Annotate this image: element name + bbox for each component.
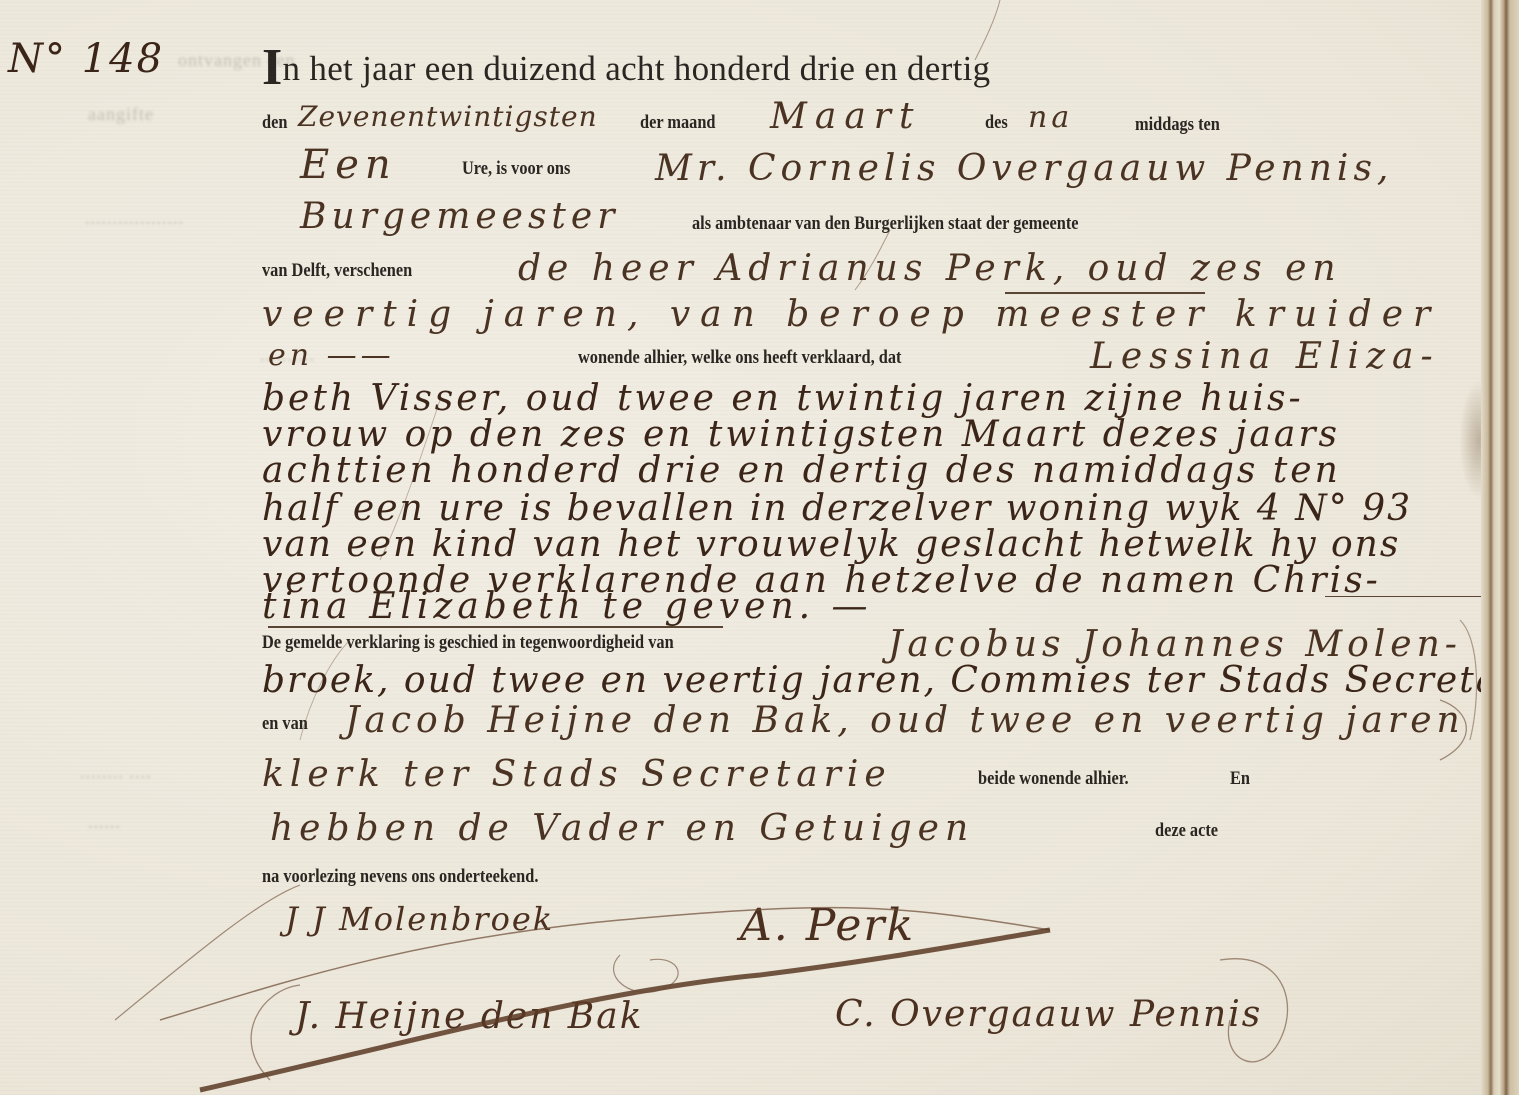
- printed-text: De gemelde verklaring is geschied in teg…: [262, 632, 674, 654]
- handwritten-body-line: beth Visser, oud twee en twintig jaren z…: [262, 378, 1304, 419]
- printed-heading: In het jaar een duizend acht honderd dri…: [262, 38, 990, 97]
- underline: [268, 626, 723, 628]
- printed-text: wonende alhier, welke ons heeft verklaar…: [578, 347, 901, 369]
- printed-text: beide wonende alhier.: [978, 768, 1129, 790]
- handwritten-month: Maart: [770, 96, 921, 137]
- printed-text: als ambtenaar van den Burgerlijken staat…: [692, 213, 1079, 235]
- handwritten-body-line: vrouw op den zes en twintigsten Maart de…: [262, 414, 1340, 455]
- act-number: N° 148: [8, 36, 164, 82]
- bleed-through-text: ......: [88, 812, 121, 833]
- handwritten-body-line: half een ure is bevallen in derzelver wo…: [262, 488, 1412, 529]
- printed-text: van Delft, verschenen: [262, 260, 412, 282]
- printed-text: middags ten: [1135, 114, 1220, 136]
- printed-text: deze acte: [1155, 820, 1218, 842]
- printed-text: der maand: [640, 112, 716, 134]
- handwritten-occupation: veertig jaren, van beroep meester kruide…: [262, 294, 1440, 335]
- printed-text: En: [1230, 768, 1250, 790]
- handwritten-mother: Lessina Eliza-: [1090, 336, 1440, 377]
- printed-text: en van: [262, 713, 308, 735]
- bleed-through-text: aangifte: [88, 104, 154, 125]
- handwritten-official: Mr. Cornelis Overgaauw Pennis,: [655, 148, 1393, 189]
- bleed-through-text: ........ ....: [80, 762, 152, 783]
- bleed-through-text: ..................: [85, 208, 184, 229]
- handwritten-witness-1-detail: broek, oud twee en veertig jaren, Commie…: [262, 660, 1519, 701]
- handwritten-na: na: [1028, 100, 1073, 135]
- handwritten-declarant: de heer Adrianus Perk, oud zes en: [518, 248, 1342, 289]
- printed-text: na voorlezing nevens ons onderteekend.: [262, 866, 538, 888]
- handwritten-body-line: van een kind van het vrouwelyk geslacht …: [262, 524, 1400, 565]
- book-binding-gutter: [1481, 0, 1519, 1095]
- signature-molenbroek: J J Molenbroek: [285, 900, 554, 938]
- handwritten-title: Burgemeester: [300, 196, 619, 237]
- printed-text: den: [262, 112, 287, 134]
- handwritten-hour: Een: [300, 142, 397, 188]
- handwritten-text: en ——: [268, 338, 395, 373]
- signature-overgaauw-pennis: C. Overgaauw Pennis: [835, 994, 1262, 1035]
- handwritten-witness-2: Jacob Heijne den Bak, oud twee en veerti…: [345, 700, 1465, 741]
- printed-heading-text: n het jaar een duizend acht honderd drie…: [283, 49, 991, 88]
- signature-perk: A. Perk: [740, 900, 915, 951]
- printed-text: Ure, is voor ons: [462, 158, 570, 180]
- handwritten-witness-2-detail: klerk ter Stads Secretarie: [262, 754, 892, 795]
- handwritten-body-line: achttien honderd drie en dertig des nami…: [262, 450, 1341, 491]
- document-page: ontvangen een aangifte .................…: [0, 0, 1519, 1095]
- underline: [1325, 596, 1490, 597]
- signature-heijne-den-bak: J. Heijne den Bak: [295, 996, 644, 1037]
- drop-initial: I: [262, 39, 283, 96]
- handwritten-signers: hebben de Vader en Getuigen: [270, 808, 974, 849]
- handwritten-witness-1: Jacobus Johannes Molen-: [888, 624, 1462, 665]
- printed-text: des: [985, 112, 1008, 134]
- handwritten-child-name: tina Elizabeth te geven. —: [262, 586, 873, 627]
- handwritten-day: Zevenentwintigsten: [298, 100, 598, 133]
